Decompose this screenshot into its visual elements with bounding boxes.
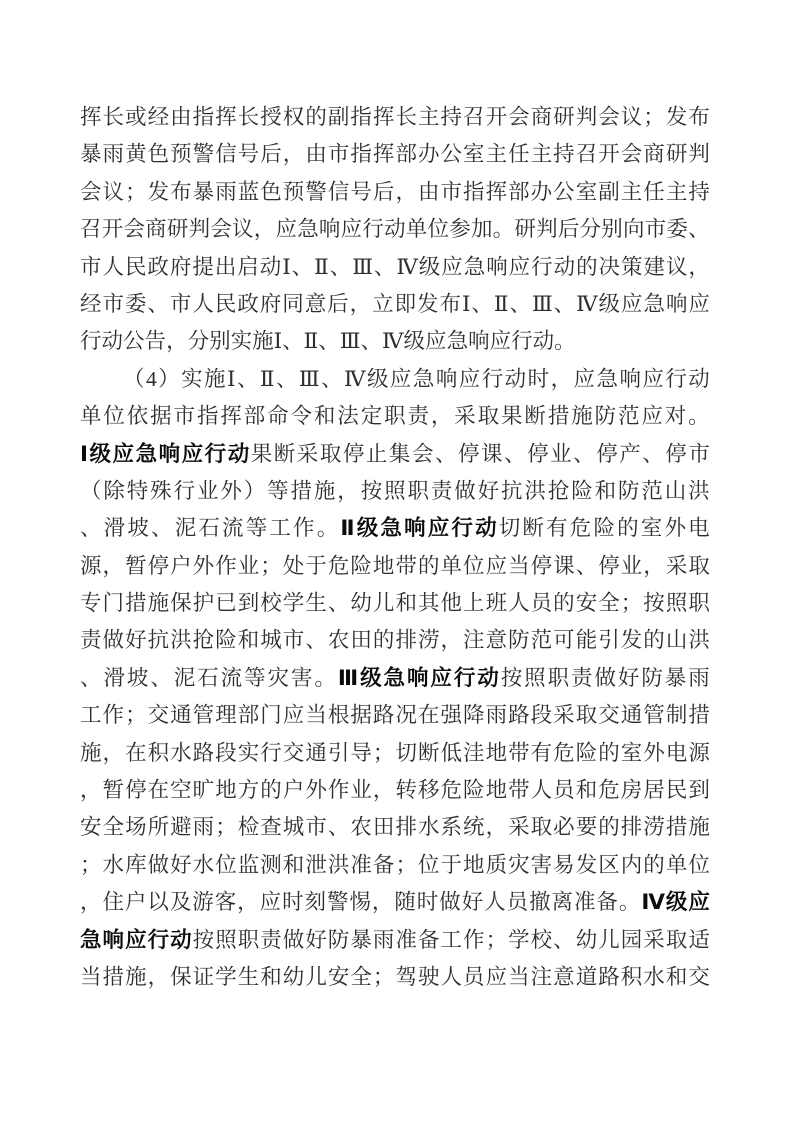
text-char: 对 <box>665 398 687 435</box>
text-char: 移 <box>418 772 440 809</box>
text-char: 布 <box>440 286 462 323</box>
text-char: 产 <box>619 436 641 473</box>
text-char: 色 <box>260 174 282 211</box>
text-char: 按 <box>643 585 665 622</box>
text-char: 长 <box>238 99 260 136</box>
text-char: 幼 <box>576 922 598 959</box>
text-char: 持 <box>441 99 463 136</box>
text-char: 别 <box>209 323 231 360</box>
text-char: 雨 <box>193 809 215 846</box>
text-char: 主 <box>418 99 440 136</box>
text-char: 施 <box>571 398 593 435</box>
bold-text-char: 级 <box>666 884 688 921</box>
text-char: 动 <box>533 323 555 360</box>
text-char: 导 <box>350 735 372 772</box>
text-char: 其 <box>418 585 440 622</box>
text-char: 护 <box>193 585 215 622</box>
text-char: 灾 <box>508 847 530 884</box>
text-char: 系 <box>441 809 463 846</box>
text-char: 政 <box>147 249 169 286</box>
text-char: 校 <box>260 585 282 622</box>
text-char: 、 <box>328 809 350 846</box>
text-char: 儿 <box>598 922 620 959</box>
text-char: 、 <box>321 361 343 398</box>
bold-text-char: 急 <box>136 436 158 473</box>
text-line: 行动公告，分别实施Ⅰ、Ⅱ、Ⅲ、Ⅳ级应急响应行动。 <box>80 323 710 360</box>
text-char: 办 <box>531 174 553 211</box>
text-char: 于 <box>305 548 327 585</box>
text-char: 会 <box>123 211 145 248</box>
text-block: 挥长或经由指挥长授权的副指挥长主持召开会商研判会议；发布暴雨黄色预警信号后，由市… <box>80 99 710 996</box>
bold-text-char: 响 <box>159 436 181 473</box>
text-char: 指 <box>197 398 219 435</box>
text-char: 旷 <box>193 772 215 809</box>
text-char: 安 <box>328 959 350 996</box>
text-char: 、 <box>361 323 383 360</box>
text-char: 的 <box>598 809 620 846</box>
text-char: 、 <box>147 286 169 323</box>
text-char: 的 <box>553 585 575 622</box>
text-char: 特 <box>127 473 149 510</box>
text-char: 急 <box>596 361 618 398</box>
text-char: 同 <box>282 286 304 323</box>
text-char: 研 <box>666 136 688 173</box>
text-char: 公 <box>441 136 463 173</box>
text-char: ， <box>372 884 394 921</box>
text-char: 质 <box>486 847 508 884</box>
text-char: 有 <box>546 510 568 547</box>
text-char: 委 <box>666 211 688 248</box>
text-char: 、 <box>282 323 304 360</box>
text-char: 雨 <box>373 922 395 959</box>
text-char: 响 <box>319 211 341 248</box>
text-char: 积 <box>148 735 170 772</box>
text-char: ； <box>125 697 147 734</box>
text-char: 部 <box>244 398 266 435</box>
text-char: 府 <box>260 286 282 323</box>
text-char: 主 <box>666 174 688 211</box>
text-char: 行 <box>511 323 533 360</box>
text-char: Ⅳ <box>382 323 403 360</box>
text-char: 应 <box>486 548 508 585</box>
text-char: 到 <box>688 772 710 809</box>
text-char: ） <box>244 473 266 510</box>
text-char: 学 <box>508 922 530 959</box>
text-char: 洪 <box>170 622 192 659</box>
text-char: 号 <box>238 136 260 173</box>
text-char: 居 <box>643 772 665 809</box>
text-char: 和 <box>395 585 417 622</box>
text-char: 和 <box>314 398 336 435</box>
text-char: 注 <box>531 959 553 996</box>
bold-text-char: 响 <box>404 510 426 547</box>
text-char: 公 <box>123 323 145 360</box>
text-char: 取 <box>666 922 688 959</box>
text-char: Ⅲ <box>340 323 361 360</box>
text-char: 城 <box>260 622 282 659</box>
text-char: 好 <box>125 622 147 659</box>
text-line: 当措施，保证学生和幼儿安全；驾驶人员应当注意道路积水和交 <box>80 959 710 996</box>
text-char: 洪 <box>688 622 710 659</box>
text-char: 按 <box>361 473 383 510</box>
text-char: 召 <box>463 99 485 136</box>
text-char: 的 <box>576 249 598 286</box>
text-char: 级 <box>367 361 389 398</box>
text-char: 流 <box>222 510 244 547</box>
text-char: 险 <box>593 510 615 547</box>
text-char: 响 <box>666 286 688 323</box>
text-char: 位 <box>428 211 450 248</box>
text-char: 员 <box>531 585 553 622</box>
text-char: 意 <box>305 286 327 323</box>
text-char: 排 <box>621 809 643 846</box>
text-char: 好 <box>305 922 327 959</box>
text-char: 等 <box>246 510 268 547</box>
bold-text-char: 行 <box>451 510 473 547</box>
text-char: 洪 <box>688 473 710 510</box>
text-char: 动 <box>688 361 710 398</box>
text-char: 制 <box>666 697 688 734</box>
text-char: ， <box>431 398 453 435</box>
text-char: 、 <box>509 286 531 323</box>
text-char: 行 <box>174 473 196 510</box>
text-char: 行 <box>80 323 102 360</box>
text-char: 作 <box>328 772 350 809</box>
text-char: 责 <box>571 660 593 697</box>
text-char: 门 <box>260 697 282 734</box>
text-char: 、 <box>554 286 576 323</box>
text-char: 采 <box>508 809 530 846</box>
text-char: ， <box>166 323 188 360</box>
text-char: 集 <box>389 436 411 473</box>
text-char: 做 <box>439 884 461 921</box>
text-char: 交 <box>148 697 170 734</box>
text-char: 和 <box>595 473 617 510</box>
text-char: 离 <box>552 884 574 921</box>
text-char: ） <box>158 361 180 398</box>
text-char: 立 <box>372 286 394 323</box>
text-char: 全 <box>598 585 620 622</box>
text-char: 源 <box>80 548 102 585</box>
text-char: 、 <box>276 361 298 398</box>
text-char: 施 <box>252 323 274 360</box>
text-char: 警 <box>193 136 215 173</box>
text-char: 策 <box>621 249 643 286</box>
text-char: 要 <box>576 809 598 846</box>
text-char: 测 <box>260 847 282 884</box>
text-char: 流 <box>221 660 243 697</box>
text-char: 外 <box>664 510 686 547</box>
text-char: 决 <box>599 249 621 286</box>
text-char: 停 <box>125 772 147 809</box>
text-char: 经 <box>80 286 102 323</box>
text-char: 在 <box>418 697 440 734</box>
text-line: 工作；交通管理部门应当根据路况在强降雨路段采取交通管制措 <box>80 697 710 734</box>
text-char: 断 <box>524 398 546 435</box>
text-char: 信 <box>215 136 237 173</box>
text-char: 民 <box>666 772 688 809</box>
text-char: 根 <box>328 697 350 734</box>
text-char: 防 <box>641 660 663 697</box>
text-char: 儿 <box>305 959 327 996</box>
text-char: 防 <box>508 622 530 659</box>
text-char: 依 <box>127 398 149 435</box>
text-line: ，住户以及游客，应时刻警惕，随时做好人员撤离准备。Ⅳ级应 <box>80 884 710 921</box>
text-char: 泄 <box>305 847 327 884</box>
text-char: Ⅱ <box>314 249 329 286</box>
text-char: 议 <box>666 249 688 286</box>
text-char: 果 <box>251 436 273 473</box>
text-char: 警 <box>327 884 349 921</box>
text-char: 号 <box>350 174 372 211</box>
text-char: 员 <box>463 959 485 996</box>
text-char: 应 <box>459 361 481 398</box>
text-char: 上 <box>463 585 485 622</box>
text-char: 到 <box>238 585 260 622</box>
text-char: 农 <box>350 809 372 846</box>
text-char: 库 <box>125 847 147 884</box>
text-char: 殊 <box>150 473 172 510</box>
text-char: 研 <box>553 99 575 136</box>
text-char: 田 <box>350 622 372 659</box>
text-char: 采 <box>553 697 575 734</box>
text-char: 险 <box>576 735 598 772</box>
text-char: ； <box>643 99 665 136</box>
text-char: 做 <box>103 622 125 659</box>
text-line: （除特殊行业外）等措施，按照职责做好抗洪抢险和防范山洪 <box>80 473 710 510</box>
bold-text-char: 应 <box>430 660 452 697</box>
text-char: 等 <box>244 660 266 697</box>
text-char: 洪 <box>328 847 350 884</box>
text-char: 取 <box>320 436 342 473</box>
text-char: 当 <box>80 959 102 996</box>
text-char: 实 <box>181 361 203 398</box>
text-char: 急 <box>643 286 665 323</box>
bold-text-char: Ⅱ <box>340 510 354 547</box>
text-char: 议 <box>621 99 643 136</box>
text-line: ，暂停在空旷地方的户外作业，转移危险地带人员和危房居民到 <box>80 772 710 809</box>
text-char: 持 <box>688 174 710 211</box>
text-char: 、 <box>80 660 102 697</box>
text-char: 生 <box>238 959 260 996</box>
text-char: 好 <box>478 473 500 510</box>
text-char: 停 <box>531 548 553 585</box>
text-char: 判 <box>576 99 598 136</box>
text-char: 断 <box>522 510 544 547</box>
text-char: 石 <box>198 510 220 547</box>
text-char: 室 <box>621 735 643 772</box>
text-char: 的 <box>305 99 327 136</box>
text-char: 管 <box>643 697 665 734</box>
text-char: 应 <box>642 361 664 398</box>
document-page: 挥长或经由指挥长授权的副指挥长主持召开会商研判会议；发布暴雨黄色预警信号后，由市… <box>0 0 793 1122</box>
text-char: 以 <box>147 884 169 921</box>
text-char: ； <box>80 847 102 884</box>
text-char: 安 <box>576 585 598 622</box>
text-char: Ⅱ <box>260 361 275 398</box>
text-char: 市 <box>441 174 463 211</box>
text-char: 和 <box>283 847 305 884</box>
text-char: 内 <box>621 847 643 884</box>
text-line: 暴雨黄色预警信号后，由市指挥部办公室主任主持召开会商研判 <box>80 136 710 173</box>
text-char: 坡 <box>127 510 149 547</box>
text-char: 备 <box>418 922 440 959</box>
text-char: 发 <box>576 847 598 884</box>
text-char: 和 <box>666 959 688 996</box>
text-char: Ⅲ <box>352 249 373 286</box>
text-char: 采 <box>454 398 476 435</box>
text-char: 地 <box>215 772 237 809</box>
text-char: 措 <box>688 697 710 734</box>
text-char: 定 <box>361 398 383 435</box>
bold-text-char: 动 <box>475 510 497 547</box>
text-char: 课 <box>481 436 503 473</box>
text-line: 会议；发布暴雨蓝色预警信号后，由市指挥部办公室副主任主持 <box>80 174 710 211</box>
text-char: 部 <box>238 697 260 734</box>
text-char: 后 <box>558 211 580 248</box>
text-char: 室 <box>463 136 485 173</box>
text-char: 户 <box>125 884 147 921</box>
text-char: 切 <box>499 510 521 547</box>
text-char: 惕 <box>349 884 371 921</box>
text-char: ， <box>441 622 463 659</box>
text-char: 发 <box>666 99 688 136</box>
text-char: 有 <box>531 735 553 772</box>
text-char: 雨 <box>103 136 125 173</box>
text-char: 通 <box>170 697 192 734</box>
text-char: 暴 <box>350 922 372 959</box>
text-char: ， <box>103 735 125 772</box>
text-char: 职 <box>688 585 710 622</box>
text-char: Ⅱ <box>494 286 509 323</box>
text-char: 水 <box>170 735 192 772</box>
text-char: 时 <box>417 884 439 921</box>
text-char: 响 <box>619 361 641 398</box>
text-char: 时 <box>282 884 304 921</box>
text-char: Ⅳ <box>576 286 597 323</box>
text-char: 滑 <box>103 660 125 697</box>
text-char: 室 <box>576 174 598 211</box>
text-char: 单 <box>406 211 428 248</box>
text-char: 抢 <box>193 622 215 659</box>
text-char: 职 <box>384 398 406 435</box>
text-char: ； <box>486 922 508 959</box>
bold-text-char: Ⅲ <box>338 660 358 697</box>
text-char: 提 <box>192 249 214 286</box>
text-char: 位 <box>103 398 125 435</box>
text-char: 引 <box>328 735 350 772</box>
text-char: 准 <box>350 847 372 884</box>
text-char: ， <box>103 548 125 585</box>
text-char: 泥 <box>174 660 196 697</box>
text-char: 分 <box>580 211 602 248</box>
text-char: 会 <box>412 436 434 473</box>
text-char: ， <box>350 286 372 323</box>
text-char: 据 <box>150 398 172 435</box>
text-char: 急 <box>447 323 469 360</box>
text-char: 转 <box>395 772 417 809</box>
text-char: 业 <box>621 548 643 585</box>
text-char: 、 <box>688 211 710 248</box>
text-char: 生 <box>305 585 327 622</box>
text-char: 告 <box>145 323 167 360</box>
text-char: 防 <box>618 473 640 510</box>
text-char: ， <box>643 548 665 585</box>
text-char: 当 <box>305 697 327 734</box>
text-line: 召开会商研判会议，应急响应行动单位参加。研判后分别向市委、 <box>80 211 710 248</box>
text-char: 全 <box>350 959 372 996</box>
text-char: 即 <box>395 286 417 323</box>
text-char: 挥 <box>215 99 237 136</box>
text-char: 业 <box>550 436 572 473</box>
text-char: 、 <box>151 510 173 547</box>
text-char: 工 <box>269 510 291 547</box>
text-char: （ <box>123 361 145 398</box>
text-char: 外 <box>643 735 665 772</box>
text-char: 避 <box>170 809 192 846</box>
text-char: 长 <box>103 99 125 136</box>
text-char: 会 <box>598 99 620 136</box>
text-char: 、 <box>504 436 526 473</box>
text-char: 带 <box>508 735 530 772</box>
text-char: 校 <box>531 922 553 959</box>
text-char: ， <box>148 959 170 996</box>
text-char: 令 <box>291 398 313 435</box>
text-char: 职 <box>407 473 429 510</box>
text-char: Ⅰ <box>274 323 283 360</box>
text-char: 级 <box>404 323 426 360</box>
text-char: ； <box>125 174 147 211</box>
text-char: 和 <box>576 772 598 809</box>
text-char: 地 <box>373 548 395 585</box>
text-char: 查 <box>260 809 282 846</box>
text-char: 险 <box>350 548 372 585</box>
text-char: 行 <box>531 249 553 286</box>
text-line: 单位依据市指挥部命令和法定职责，采取果断措施防范应对。 <box>80 398 710 435</box>
text-char: 后 <box>373 174 395 211</box>
text-char: 员 <box>553 772 575 809</box>
bold-text-char: Ⅰ <box>80 436 88 473</box>
text-char: 应 <box>688 286 710 323</box>
text-char: 暂 <box>103 772 125 809</box>
text-char: 雨 <box>486 697 508 734</box>
text-char: 启 <box>237 249 259 286</box>
text-char: 施 <box>204 361 226 398</box>
text-char: 色 <box>148 136 170 173</box>
text-char: 应 <box>341 211 363 248</box>
text-char: 石 <box>197 660 219 697</box>
text-char: 法 <box>337 398 359 435</box>
text-char: 单 <box>80 398 102 435</box>
text-char: 。 <box>314 660 336 697</box>
text-char: 止 <box>366 436 388 473</box>
text-char: 工 <box>80 697 102 734</box>
text-char: 主 <box>531 136 553 173</box>
text-char: 长 <box>395 99 417 136</box>
text-char: 做 <box>594 660 616 697</box>
text-char: 排 <box>395 809 417 846</box>
text-char: 预 <box>170 136 192 173</box>
text-char: 、 <box>576 548 598 585</box>
text-char: 地 <box>486 772 508 809</box>
text-char: 好 <box>170 847 192 884</box>
text-char: ， <box>486 809 508 846</box>
text-char: 险 <box>463 772 485 809</box>
text-char: 适 <box>688 922 710 959</box>
text-char: 级 <box>419 249 441 286</box>
bold-text-char: Ⅳ <box>641 884 665 921</box>
text-char: 备 <box>373 847 395 884</box>
